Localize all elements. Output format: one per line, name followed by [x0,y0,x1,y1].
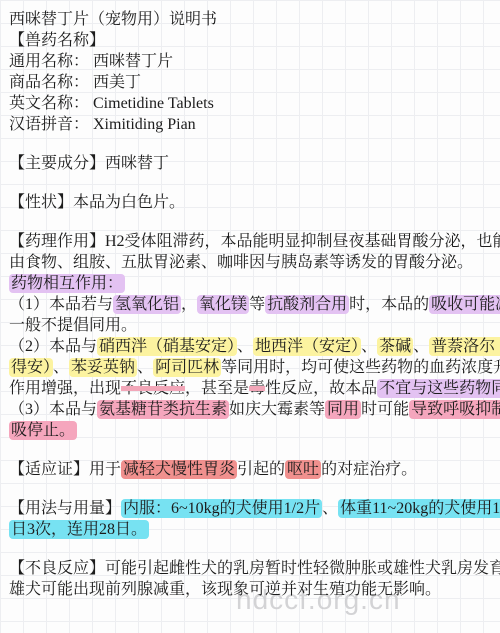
highlighted-text: 普萘洛尔（心 [429,337,500,356]
text-segment: 【主要成分】西咪替丁 [9,155,169,172]
highlighted-text: 药物相互作用： [9,274,125,293]
doc-title: 西咪替丁片（宠物用）说明书 [9,9,492,30]
highlighted-text: 减轻犬慢性胃炎 [121,460,237,479]
section-dosage-line1: 【用法与用量】内服：6~10kg的犬使用1/2片、体重11~20kg的犬使用1片… [9,498,492,519]
text-segment: 【用法与用量】 [9,500,121,517]
section-properties: 【性状】本品为白色片。 [9,192,492,213]
blank-line [9,540,492,558]
text-segment: 如庆大霉素等 [229,401,325,418]
text-segment: （3）本品与 [9,401,97,418]
interaction-1-line2: 一般不提倡同用。 [9,315,492,336]
trade-name: 商品名称： 西美丁 [9,72,492,93]
generic-name: 通用名称： 西咪替丁片 [9,51,492,72]
text-segment: 等同用时，均可使这些药物的血药浓度升高， [221,359,500,376]
text-segment: （2）本品与 [9,338,97,355]
text-segment: 【性状】本品为白色片。 [9,194,185,211]
document-body: 西咪替丁片（宠物用）说明书【兽药名称】通用名称： 西咪替丁片商品名称： 西美丁英… [0,0,500,600]
highlighted-text: 氨基糖苷类抗生素 [97,400,229,419]
section-dosage-line2: 日3次，连用28日。 [9,519,492,540]
highlighted-text: 吸停止。 [9,421,77,440]
text-segment: 商品名称： 西美丁 [9,74,141,91]
text-segment: 等 [249,296,265,313]
english-name: 英文名称： Cimetidine Tablets [9,93,492,114]
highlighted-text: 得安） [9,358,53,377]
interaction-2-line3: 作用增强，出现不良反应，甚至是毒性反应，故本品不宜与这些药物同用。 [9,378,492,399]
highlighted-text: 阿司匹林 [153,358,221,377]
text-segment: 的对症治疗。 [321,461,417,478]
interaction-3-line2: 吸停止。 [9,420,492,441]
highlighted-text: 苯妥英钠 [69,358,137,377]
blank-line [9,135,492,153]
struck-text: 毒 [249,380,265,397]
text-segment: ， [181,296,197,313]
text-segment: 【适应证】用于 [9,461,121,478]
text-segment: ，甚至是 [185,380,249,397]
text-segment: 、 [53,359,69,376]
blank-line [9,174,492,192]
pinyin-name: 汉语拼音： Ximitiding Pian [9,114,492,135]
section-pharmacology-line2: 由食物、组胺、五肽胃泌素、咖啡因与胰岛素等诱发的胃酸分泌。 [9,252,492,273]
text-segment: 【药理作用】H2受体阻滞药，本品能明显抑制昼夜基础胃酸分泌，也能抑制 [9,233,500,250]
section-pharmacology-line1: 【药理作用】H2受体阻滞药，本品能明显抑制昼夜基础胃酸分泌，也能抑制 [9,231,492,252]
text-segment: 引起的 [237,461,285,478]
interaction-2-line1: （2）本品与硝西泮（硝基安定）、地西泮（安定）、茶碱、普萘洛尔（心 [9,336,492,357]
text-segment: 、 [137,359,153,376]
text-segment: 英文名称： Cimetidine Tablets [9,95,214,112]
highlighted-text: 茶碱 [377,337,413,356]
section-adverse-reactions-line1: 【不良反应】可能引起雌性犬的乳房暂时性轻微肿胀或雄性犬乳房发育症； [9,558,492,579]
highlighted-text: 体重11~20kg的犬使用1片 [338,499,500,518]
text-segment: 时可能 [361,401,409,418]
highlighted-text: 导致呼吸抑制或呼 [409,400,500,419]
text-segment: 雄犬可能出现前列腺减重，该现象可逆并对生殖功能无影响。 [9,581,441,598]
text-segment: 西咪替丁片（宠物用）说明书 [9,11,217,28]
highlighted-text: 吸收可能减少 [429,295,500,314]
highlighted-text: 不宜与这些药物同用 [377,379,500,398]
text-segment: 时，本品的 [349,296,429,313]
section-adverse-reactions-line2: 雄犬可能出现前列腺减重，该现象可逆并对生殖功能无影响。 [9,579,492,600]
text-segment: 、 [237,338,253,355]
text-segment: 【兽药名称】 [9,32,105,49]
interaction-2-line2: 得安）、苯妥英钠、阿司匹林等同用时，均可使这些药物的血药浓度升高， [9,357,492,378]
interaction-1-line1: （1）本品若与氢氧化铝，氧化镁等抗酸剂合用时，本品的吸收可能减少，故 [9,294,492,315]
text-segment: 、 [413,338,429,355]
highlighted-text: 呕吐 [285,460,321,479]
blank-line [9,441,492,459]
text-segment: 、 [322,500,338,517]
highlighted-text: 同用 [325,400,361,419]
text-segment: 一般不提倡同用。 [9,317,137,334]
section-main-ingredient: 【主要成分】西咪替丁 [9,153,492,174]
text-segment: 、 [361,338,377,355]
highlighted-text: 内服：6~10kg的犬使用1/2片 [121,499,322,518]
text-segment: 汉语拼音： Ximitiding Pian [9,116,196,133]
section-veterinary-drug-name: 【兽药名称】 [9,30,492,51]
text-segment: 性反应，故本品 [265,380,377,397]
text-segment: 【不良反应】可能引起雌性犬的乳房暂时性轻微肿胀或雄性犬乳房发育症； [9,560,500,577]
document-page: { "palette": { "purple": "#e3c2f2", "yel… [0,0,500,633]
interaction-3-line1: （3）本品与氨基糖苷类抗生素如庆大霉素等同用时可能导致呼吸抑制或呼 [9,399,492,420]
struck-text: 不良反应 [121,380,185,397]
drug-interactions-heading: 药物相互作用： [9,273,492,294]
highlighted-text: 氧化镁 [197,295,249,314]
blank-line [9,480,492,498]
highlighted-text: 硝西泮（硝基安定） [97,337,237,356]
blank-line [9,213,492,231]
section-indications: 【适应证】用于减轻犬慢性胃炎引起的呕吐的对症治疗。 [9,459,492,480]
text-segment: 通用名称： 西咪替丁片 [9,53,173,70]
highlighted-text: 氢氧化铝 [113,295,181,314]
highlighted-text: 日3次，连用28日。 [9,520,149,539]
highlighted-text: 地西泮（安定） [253,337,361,356]
text-segment: 由食物、组胺、五肽胃泌素、咖啡因与胰岛素等诱发的胃酸分泌。 [9,254,473,271]
text-segment: 作用增强，出现 [9,380,121,397]
highlighted-text: 抗酸剂合用 [265,295,349,314]
text-segment: （1）本品若与 [9,296,113,313]
